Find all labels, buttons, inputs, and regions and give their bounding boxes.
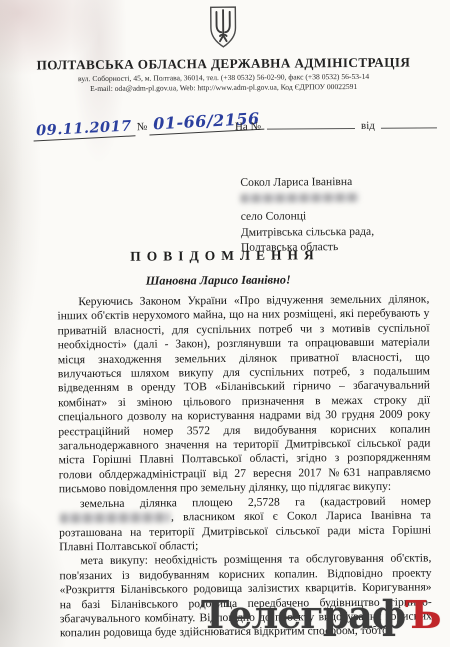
incoming-reference: На №від bbox=[235, 117, 437, 133]
redacted-cadastral-number bbox=[60, 513, 170, 524]
reply-to-label: На № bbox=[235, 121, 261, 133]
telegraf-watermark: ТелеграфЪ bbox=[201, 592, 441, 637]
watermark-accent-letter: Ъ bbox=[405, 592, 440, 637]
addressee-council: Дмитрівська сільська рада, bbox=[241, 223, 374, 240]
document-title: ПОВІДОМЛЕННЯ bbox=[0, 246, 450, 266]
outgoing-reference: 09.11.2017№01-66/2156 bbox=[33, 109, 265, 142]
scanned-letter-page: ПОЛТАВСЬКА ОБЛАСНА ДЕРЖАВНА АДМІНІСТРАЦІ… bbox=[0, 0, 450, 647]
addressee-name: Сокол Лариса Іванівна bbox=[240, 174, 373, 191]
number-sign: № bbox=[137, 121, 148, 134]
land-plot-text-before: земельна ділянка площею 2,5728 га (кадас… bbox=[80, 494, 431, 510]
watermark-main-text: Телеграф bbox=[201, 592, 405, 637]
ukraine-trident-emblem-icon bbox=[0, 2, 448, 57]
redacted-street-address bbox=[240, 192, 358, 202]
letter-body: Керуючись Законом України «Про відчуженн… bbox=[57, 292, 432, 641]
handwritten-date: 09.11.2017 bbox=[33, 117, 136, 141]
addressee-settlement: село Солонці bbox=[241, 208, 374, 225]
addressee-block: Сокол Лариса Іванівна село Солонці Дмитр… bbox=[240, 174, 374, 256]
reply-date-blank bbox=[381, 117, 437, 128]
reply-number-blank bbox=[267, 118, 355, 130]
salutation-line: Шановна Ларисо Іванівно! bbox=[0, 271, 436, 289]
reply-from-label: від bbox=[361, 120, 375, 132]
page-content: ПОЛТАВСЬКА ОБЛАСНА ДЕРЖАВНА АДМІНІСТРАЦІ… bbox=[0, 0, 450, 647]
paragraph-legal-basis: Керуючись Законом України «Про відчуженн… bbox=[57, 292, 431, 497]
paragraph-land-plot: земельна ділянка площею 2,5728 га (кадас… bbox=[59, 494, 431, 555]
reference-row: 09.11.2017№01-66/2156 На №від bbox=[0, 110, 449, 146]
